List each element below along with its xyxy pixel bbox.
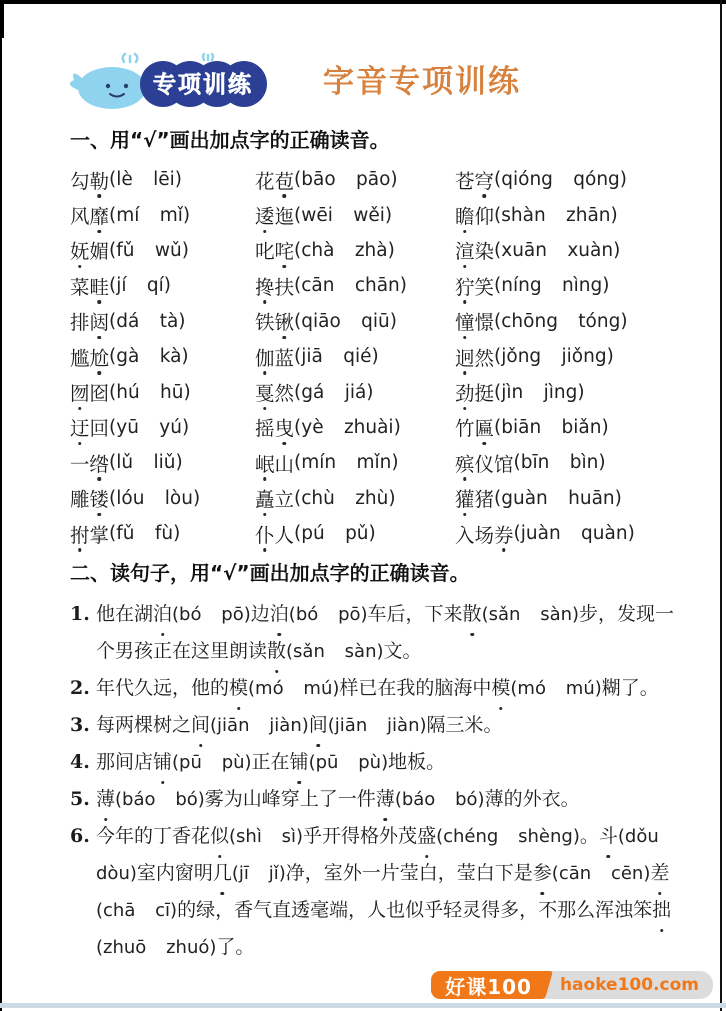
section-2-heading: 二、读句子，用“√”画出加点字的正确读音。 xyxy=(70,557,692,586)
word-item: 仆人(púpǔ) xyxy=(255,516,455,551)
page-content: 专项训练 字音专项训练 一、用“√”画出加点字的正确读音。 勾勒(lèlēi)花… xyxy=(0,0,726,966)
dotted-character: 狞 xyxy=(455,272,475,300)
dotted-character: 苞 xyxy=(275,166,295,194)
sentence: 1.他在湖泊(bópō)边泊(bópō)车后，下来散(sǎnsàn)步，发现一个… xyxy=(70,596,692,670)
dotted-character: 勒 xyxy=(90,166,110,194)
word-item: 勾勒(lèlēi) xyxy=(70,162,255,197)
pinyin-options: (shìsì) xyxy=(229,826,303,847)
pinyin-options: (biānbiǎn) xyxy=(494,417,609,438)
pinyin-options: (pūpù) xyxy=(172,752,252,773)
pinyin-options: (chàzhà) xyxy=(294,240,395,261)
dotted-character: 铺 xyxy=(290,744,309,780)
sentence: 6.今年的丁香花似(shìsì)乎开得格外茂盛(chéngshèng)。斗(dǒ… xyxy=(70,818,692,966)
dotted-character: 券 xyxy=(494,520,514,548)
word-item: 迂回(yūyú) xyxy=(70,410,255,445)
pinyin-options: (yèzhuài) xyxy=(294,417,401,438)
word-item: 摇曳(yèzhuài) xyxy=(255,410,455,445)
sentence-number: 3. xyxy=(70,707,96,744)
dotted-character: 迥 xyxy=(455,343,475,371)
dotted-character: 散 xyxy=(267,633,286,669)
pinyin-options: (sǎnsàn) xyxy=(286,641,383,662)
dotted-character: 穹 xyxy=(475,166,495,194)
pinyin-options: (jiānjiàn) xyxy=(328,715,427,736)
dotted-character: 模 xyxy=(491,670,510,706)
whale-icon: 专项训练 xyxy=(60,50,285,112)
dotted-character: 差 xyxy=(650,855,669,891)
pinyin-options: (fǔfù) xyxy=(109,523,180,544)
dotted-character: 妩 xyxy=(70,236,90,264)
word-item: 憧憬(chōngtóng) xyxy=(455,304,692,339)
dotted-character: 薄 xyxy=(376,781,395,817)
pinyin-options: (wēiwěi) xyxy=(294,205,392,226)
dotted-character: 模 xyxy=(229,670,248,706)
worksheet-page: 专项训练 字音专项训练 一、用“√”画出加点字的正确读音。 勾勒(lèlēi)花… xyxy=(0,0,726,1011)
domain-badge: haoke100.com xyxy=(540,971,713,999)
dotted-character: 畦 xyxy=(90,272,110,300)
pinyin-options: (juànquàn) xyxy=(514,523,635,544)
word-item: 雕镂(lóulòu) xyxy=(70,481,255,516)
dotted-character: 斗 xyxy=(599,818,618,854)
dotted-character: 逶 xyxy=(255,201,275,229)
word-item: 铁锹(qiāoqiū) xyxy=(255,304,455,339)
sentence-text: 今年的丁香花似(shìsì)乎开得格外茂盛(chéngshèng)。斗(dǒud… xyxy=(96,818,692,966)
dotted-character: 闼 xyxy=(90,307,110,335)
dotted-character: 间 xyxy=(309,707,328,743)
dotted-character: 参 xyxy=(533,855,552,891)
pinyin-options: (jiānjiàn) xyxy=(210,715,309,736)
sentence-list: 1.他在湖泊(bópō)边泊(bópō)车后，下来散(sǎnsàn)步，发现一个… xyxy=(70,596,692,966)
pinyin-options: (bāopāo) xyxy=(294,169,398,190)
word-item: 一绺(lǔliǔ) xyxy=(70,445,255,480)
pinyin-options: (bīnbìn) xyxy=(514,452,606,473)
pinyin-options: (jiāqié) xyxy=(294,346,379,367)
pinyin-options: (mínmǐn) xyxy=(294,452,399,473)
sentence-number: 6. xyxy=(70,818,96,966)
dotted-character: 绺 xyxy=(90,449,110,477)
pinyin-options: (jíqí) xyxy=(109,275,171,296)
badge-label: 专项训练 xyxy=(153,71,253,98)
dotted-character: 铺 xyxy=(153,744,172,780)
word-item: 矗立(chùzhù) xyxy=(255,481,455,516)
pinyin-options: (mómú) xyxy=(248,678,339,699)
word-item: 殡仪馆(bīnbìn) xyxy=(455,445,692,480)
word-item: 囫囵(húhū) xyxy=(70,374,255,409)
word-item: 瞻仰(shànzhān) xyxy=(455,197,692,232)
word-item: 劲挺(jìnjìng) xyxy=(455,374,692,409)
dotted-character: 劲 xyxy=(455,378,475,406)
pinyin-options: (fǔwǔ) xyxy=(109,240,189,261)
sentence-text: 那间店铺(pūpù)正在铺(pūpù)地板。 xyxy=(96,744,692,781)
word-item: 伽蓝(jiāqié) xyxy=(255,339,455,374)
dotted-character: 靡 xyxy=(90,201,110,229)
sentence: 5.薄(báobó)雾为山峰穿上了一件薄(báobó)薄的外衣。 xyxy=(70,781,692,818)
dotted-character: 曳 xyxy=(275,413,295,441)
pinyin-options: (lǔliǔ) xyxy=(109,452,183,473)
pinyin-options: (xuānxuàn) xyxy=(494,240,620,261)
pinyin-options: (chōngtóng) xyxy=(494,311,628,332)
pinyin-options: (qiāoqiū) xyxy=(294,311,397,332)
word-item: 竹匾(biānbiǎn) xyxy=(455,410,692,445)
pinyin-options: (bópō) xyxy=(172,604,251,625)
dotted-character: 渲 xyxy=(455,236,475,264)
header: 专项训练 字音专项训练 xyxy=(70,50,692,110)
brand-badge: 好课100 xyxy=(431,971,540,999)
dotted-character: 戛 xyxy=(255,378,275,406)
pinyin-options: (shànzhān) xyxy=(494,205,618,226)
word-item: 花苞(bāopāo) xyxy=(255,162,455,197)
sentence-number: 1. xyxy=(70,596,96,670)
pinyin-options: (chācī) xyxy=(96,900,177,921)
dotted-character: 伽 xyxy=(255,343,275,371)
pinyin-options: (lóulòu) xyxy=(109,488,200,509)
dotted-character: 迂 xyxy=(70,413,90,441)
word-item: 拊掌(fǔfù) xyxy=(70,516,255,551)
sentence-number: 5. xyxy=(70,781,96,818)
word-item: 排闼(dátà) xyxy=(70,304,255,339)
dotted-character: 岷 xyxy=(255,449,275,477)
dotted-character: 盛 xyxy=(417,818,436,854)
word-item: 入场券(juànquàn) xyxy=(455,516,692,551)
pinyin-options: (púpǔ) xyxy=(294,523,376,544)
pinyin-options: (qióngqóng) xyxy=(494,169,627,190)
dotted-character: 尬 xyxy=(90,343,110,371)
word-item: 尴尬(gàkà) xyxy=(70,339,255,374)
pinyin-options: (báobó) xyxy=(115,789,205,810)
word-item: 苍穹(qióngqóng) xyxy=(455,162,692,197)
sentence: 3.每两棵树之间(jiānjiàn)间(jiānjiàn)隔三米。 xyxy=(70,707,692,744)
pinyin-options: (yūyú) xyxy=(109,417,189,438)
dotted-character: 搀 xyxy=(255,272,275,300)
pinyin-options: (pūpù) xyxy=(309,752,389,773)
pinyin-options: (mímǐ) xyxy=(109,205,190,226)
dotted-character: 矗 xyxy=(255,484,275,512)
scan-edge-left xyxy=(0,0,2,1011)
word-item: 菜畦(jíqí) xyxy=(70,268,255,303)
word-item: 狞笑(níngnìng) xyxy=(455,268,692,303)
word-item: 妩媚(fǔwǔ) xyxy=(70,233,255,268)
sentence-text: 每两棵树之间(jiānjiàn)间(jiānjiàn)隔三米。 xyxy=(96,707,692,744)
pinyin-options: (mómú) xyxy=(510,678,601,699)
dotted-character: 咤 xyxy=(275,236,295,264)
pinyin-options: (cāncēn) xyxy=(552,863,651,884)
pinyin-options: (bópō) xyxy=(289,604,368,625)
dotted-character: 拊 xyxy=(70,520,90,548)
sentence: 2.年代久远，他的模(mómú)样已在我的脑海中模(mómú)糊了。 xyxy=(70,670,692,707)
footer-brand: 好课100 haoke100.com xyxy=(431,971,713,999)
word-list: 勾勒(lèlēi)花苞(bāopāo)苍穹(qióngqóng)风靡(mímǐ)… xyxy=(70,162,692,551)
dotted-character: 囫 xyxy=(70,378,90,406)
sentence-number: 2. xyxy=(70,670,96,707)
page-bottom-strip xyxy=(0,1003,726,1008)
sentence-text: 薄(báobó)雾为山峰穿上了一件薄(báobó)薄的外衣。 xyxy=(96,781,692,818)
dotted-character: 獾 xyxy=(455,484,475,512)
pinyin-options: (chéngshèng) xyxy=(436,826,580,847)
pinyin-options: (zhuōzhuó) xyxy=(96,937,216,958)
scan-edge-right xyxy=(720,0,722,1011)
pinyin-options: (jìnjìng) xyxy=(494,382,585,403)
sentence-text: 年代久远，他的模(mómú)样已在我的脑海中模(mómú)糊了。 xyxy=(96,670,692,707)
dotted-character: 仆 xyxy=(255,520,275,548)
dotted-character: 散 xyxy=(463,596,482,632)
word-item: 逶迤(wēiwěi) xyxy=(255,197,455,232)
pinyin-options: (guànhuān) xyxy=(494,488,622,509)
sentence-text: 他在湖泊(bópō)边泊(bópō)车后，下来散(sǎnsàn)步，发现一个男孩… xyxy=(96,596,692,670)
word-item: 搀扶(cānchān) xyxy=(255,268,455,303)
pinyin-options: (húhū) xyxy=(109,382,191,403)
sentence: 4.那间店铺(pūpù)正在铺(pūpù)地板。 xyxy=(70,744,692,781)
pinyin-options: (gàkà) xyxy=(109,346,189,367)
scan-edge-top xyxy=(0,0,726,4)
section-1-heading: 一、用“√”画出加点字的正确读音。 xyxy=(70,124,692,153)
pinyin-options: (chùzhù) xyxy=(294,488,396,509)
word-item: 渲染(xuānxuàn) xyxy=(455,233,692,268)
pinyin-options: (jǒngjiǒng) xyxy=(494,346,614,367)
word-item: 叱咤(chàzhà) xyxy=(255,233,455,268)
word-item: 獾猪(guànhuān) xyxy=(455,481,692,516)
pinyin-options: (sǎnsàn) xyxy=(482,604,579,625)
pinyin-options: (gájiá) xyxy=(294,382,374,403)
dotted-character: 憧 xyxy=(455,307,475,335)
dotted-character: 殡 xyxy=(455,449,475,477)
dotted-character: 瞻 xyxy=(455,201,475,229)
dotted-character: 镂 xyxy=(90,484,110,512)
dotted-character: 薄 xyxy=(96,781,115,817)
scan-edge-left-notch xyxy=(0,0,4,38)
dotted-character: 锹 xyxy=(275,307,295,335)
pinyin-options: (lèlēi) xyxy=(109,169,182,190)
dotted-character: 泊 xyxy=(270,596,289,632)
page-title: 字音专项训练 xyxy=(323,56,521,101)
pinyin-options: (níngnìng) xyxy=(494,275,609,296)
word-item: 戛然(gájiá) xyxy=(255,374,455,409)
dotted-character: 拙 xyxy=(652,892,671,928)
dotted-character: 匾 xyxy=(475,413,495,441)
pinyin-options: (jījǐ) xyxy=(232,863,286,884)
pinyin-options: (dátà) xyxy=(109,311,185,332)
pinyin-options: (báobó) xyxy=(395,789,485,810)
pinyin-options: (cānchān) xyxy=(294,275,407,296)
word-item: 迥然(jǒngjiǒng) xyxy=(455,339,692,374)
dotted-character: 泊 xyxy=(153,596,172,632)
sentence-number: 4. xyxy=(70,744,96,781)
dotted-character: 几 xyxy=(213,855,232,891)
whale-badge-logo: 专项训练 xyxy=(60,50,285,116)
dotted-character: 似 xyxy=(210,818,229,854)
word-item: 岷山(mínmǐn) xyxy=(255,445,455,480)
word-item: 风靡(mímǐ) xyxy=(70,197,255,232)
dotted-character: 间 xyxy=(191,707,210,743)
